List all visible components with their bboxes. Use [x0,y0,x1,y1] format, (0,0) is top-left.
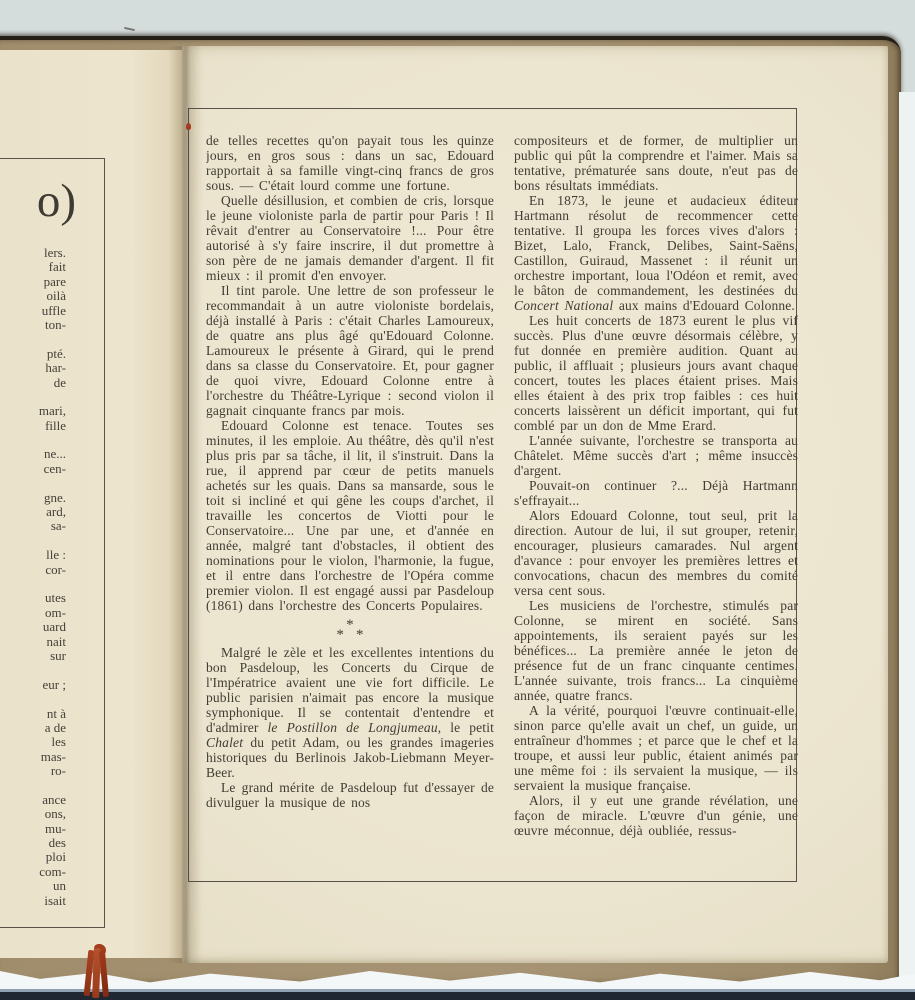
text-fragment: lers. [0,246,66,260]
text-run: Le grand mérite de Pasdeloup fut d'essay… [206,780,494,810]
text-fragment: ro- [0,764,66,778]
text-fragment: om- [0,606,66,620]
text-fragment: ons, [0,807,66,821]
paragraph: Le grand mérite de Pasdeloup fut d'essay… [206,780,494,810]
text-fragment: fait [0,260,66,274]
text-fragment: har- [0,361,66,375]
text-run: Alors Edouard Colonne, tout seul, prit l… [514,508,798,598]
asterism-separator: ** * [206,613,494,645]
paragraph: Les huit concerts de 1873 eurent le plus… [514,313,798,433]
text-fragment: ne... [0,447,66,461]
text-fragment: isait [0,894,66,908]
paragraph: En 1873, le jeune et audacieux éditeur H… [514,193,798,313]
text-fragment: a de [0,721,66,735]
text-fragment: cor- [0,563,66,577]
text-fragment: utes [0,591,66,605]
right-page: de telles recettes qu'on payait tous les… [182,46,888,963]
paragraph: Alors Edouard Colonne, tout seul, prit l… [514,508,798,598]
red-thread-speck [186,123,191,130]
text-run: Les huit concerts de 1873 eurent le plus… [514,313,798,433]
left-page-heading-fragment: o) [0,176,76,228]
text-fragment: des [0,836,66,850]
paragraph: Il tint parole. Une lettre de son profes… [206,283,494,418]
fragment-gap [0,534,66,548]
paragraph: Edouard Colonne est tenace. Toutes ses m… [206,418,494,613]
paragraph: A la vérité, pourquoi l'œuvre continuait… [514,703,798,793]
text-fragment: lle : [0,548,66,562]
text-fragment: ard, [0,505,66,519]
text-fragment: oilà [0,289,66,303]
ribbon-bookmark [80,948,120,1000]
text-fragment: nait [0,635,66,649]
paragraph: Quelle désillusion, et combien de cris, … [206,193,494,283]
text-run: Les musiciens de l'orchestre, stimulés p… [514,598,798,703]
text-fragment: de [0,376,66,390]
text-fragment: nt à [0,707,66,721]
text-fragment: ance [0,793,66,807]
text-run: En 1873, le jeune et audacieux éditeur H… [514,193,798,298]
text-run: compositeurs et de former, de multiplier… [514,133,798,193]
fragment-gap [0,577,66,591]
paragraph: de telles recettes qu'on payait tous les… [206,133,494,193]
paragraph: Les musiciens de l'orchestre, stimulés p… [514,598,798,703]
scan-bottom-dark-band [0,992,915,1000]
text-run: , le petit [438,720,494,735]
text-run: Pouvait-on continuer ?... Déjà Hartmann … [514,478,798,508]
fragment-gap [0,778,66,792]
fragment-gap [0,390,66,404]
italic-title: Chalet [206,735,243,750]
left-page-fragments: lers.faitpareoilàuffleton-pté.har-demari… [0,246,66,908]
text-fragment: pare [0,275,66,289]
text-run: Il tint parole. Une lettre de son profes… [206,283,494,418]
text-column-left: de telles recettes qu'on payait tous les… [206,133,494,881]
text-fragment: les [0,735,66,749]
fragment-gap [0,692,66,706]
text-fragment: ton- [0,318,66,332]
italic-title: Concert National [514,298,613,313]
text-fragment: fille [0,419,66,433]
text-fragment: uffle [0,304,66,318]
text-fragment: sur [0,649,66,663]
text-frame: de telles recettes qu'on payait tous les… [188,108,797,882]
text-fragment: mas- [0,750,66,764]
text-fragment: mari, [0,404,66,418]
text-run: Alors, il y eut une grande révélation, u… [514,793,798,838]
text-run: Quelle désillusion, et combien de cris, … [206,193,494,283]
text-fragment: uard [0,620,66,634]
fragment-gap [0,332,66,346]
text-fragment: eur ; [0,678,66,692]
text-run: aux mains d'Edouard Colonne. [613,298,795,313]
text-run: de telles recettes qu'on payait tous les… [206,133,494,193]
book-scan: o) lers.faitpareoilàuffleton-pté.har-dem… [0,0,915,1000]
ribbon-thread [99,951,109,997]
text-run: Edouard Colonne est tenace. Toutes ses m… [206,418,494,613]
text-fragment: mu- [0,822,66,836]
fragment-gap [0,433,66,447]
paragraph: compositeurs et de former, de multiplier… [514,133,798,193]
italic-title: le Postillon de Longjumeau [267,720,437,735]
text-fragment: un [0,879,66,893]
left-page: o) lers.faitpareoilàuffleton-pté.har-dem… [0,50,188,958]
fragment-gap [0,476,66,490]
text-run: A la vérité, pourquoi l'œuvre continuait… [514,703,798,793]
text-run: du petit Adam, ou les grandes imageries … [206,735,494,780]
text-fragment: com- [0,865,66,879]
text-fragment: cen- [0,462,66,476]
fragment-gap [0,663,66,677]
paragraph: L'année suivante, l'orchestre se transpo… [514,433,798,478]
paragraph: Pouvait-on continuer ?... Déjà Hartmann … [514,478,798,508]
text-column-right: compositeurs et de former, de multiplier… [514,133,798,881]
paragraph: Alors, il y eut une grande révélation, u… [514,793,798,838]
scan-background-right-strip [899,92,915,990]
text-fragment: pté. [0,347,66,361]
text-fragment: sa- [0,519,66,533]
text-run: L'année suivante, l'orchestre se transpo… [514,433,798,478]
text-fragment: ploi [0,850,66,864]
paragraph: Malgré le zèle et les excellentes intent… [206,645,494,780]
text-fragment: gne. [0,491,66,505]
scanner-scratch-mark [124,27,135,31]
